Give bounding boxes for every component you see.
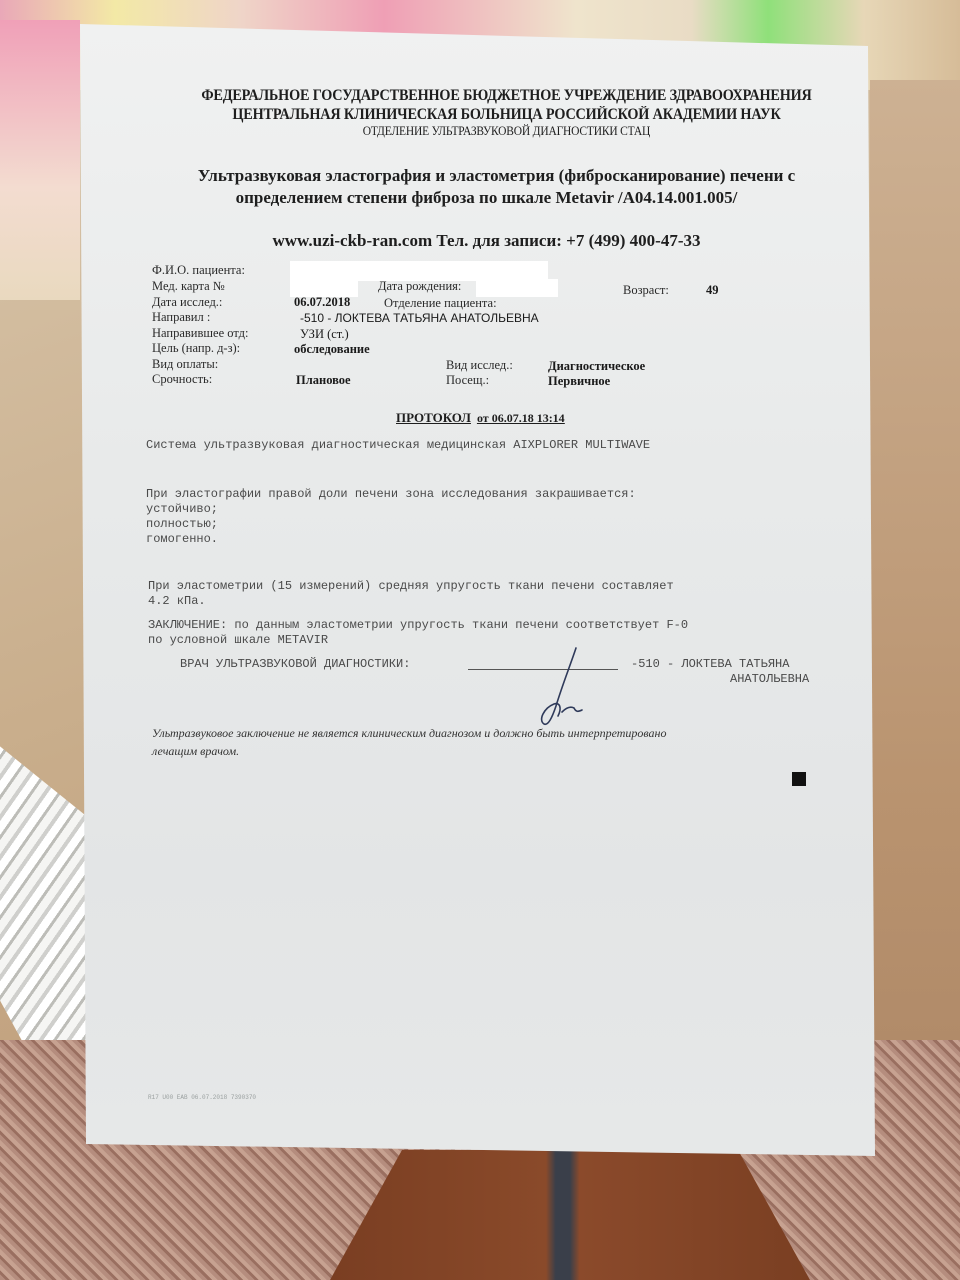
purpose-label: Цель (напр. д-з): bbox=[152, 341, 240, 356]
protocol-date: от 06.07.18 13:14 bbox=[477, 411, 565, 425]
disclaimer-line-1: Ультразвуковое заключение не является кл… bbox=[152, 724, 667, 742]
doctor-name-line-1: -510 - ЛОКТЕВА ТАТЬЯНА bbox=[631, 657, 789, 673]
exam-type-value: Диагностическое bbox=[548, 359, 645, 374]
redacted-patient-name bbox=[290, 261, 548, 281]
referring-dept-value: УЗИ (ст.) bbox=[300, 327, 349, 342]
purpose-value: обследование bbox=[294, 342, 370, 357]
patient-name-label: Ф.И.О. пациента: bbox=[152, 263, 245, 278]
birth-date-label: Дата рождения: bbox=[378, 279, 461, 294]
exam-date-value: 06.07.2018 bbox=[294, 295, 350, 310]
elastometry-result-line-2: 4.2 кПа. bbox=[148, 594, 206, 610]
med-card-label: Мед. карта № bbox=[152, 279, 225, 294]
patient-dept-label: Отделение пациента: bbox=[384, 296, 497, 311]
exam-type-label: Вид исслед.: bbox=[446, 358, 513, 373]
referred-by-label: Направил : bbox=[152, 310, 210, 325]
medical-report-page: ФЕДЕРАЛЬНОЕ ГОСУДАРСТВЕННОЕ БЮДЖЕТНОЕ УЧ… bbox=[78, 24, 875, 1156]
payment-label: Вид оплаты: bbox=[152, 357, 218, 372]
referring-dept-label: Направившее отд: bbox=[152, 326, 248, 341]
ultrasound-system: Система ультразвуковая диагностическая м… bbox=[146, 438, 650, 454]
elastography-item: гомогенно. bbox=[146, 532, 218, 548]
conclusion-line-2: по условной шкале METAVIR bbox=[148, 633, 328, 649]
protocol-title: ПРОТОКОЛ bbox=[396, 410, 471, 425]
contact-line: www.uzi-ckb-ran.com Тел. для записи: +7 … bbox=[88, 231, 885, 251]
footer-print-code: R17 U00 EAB 06.07.2018 7390370 bbox=[148, 1094, 256, 1101]
disclaimer-line-2: лечащим врачом. bbox=[152, 742, 239, 760]
doctor-label: ВРАЧ УЛЬТРАЗВУКОВОЙ ДИАГНОСТИКИ: bbox=[180, 657, 410, 673]
redacted-birth-date bbox=[476, 279, 558, 297]
conclusion-line-1: ЗАКЛЮЧЕНИЕ: по данным эластометрии упруг… bbox=[148, 618, 688, 634]
referred-by-value: -510 - ЛОКТЕВА ТАТЬЯНА АНАТОЛЬЕВНА bbox=[300, 311, 539, 325]
doctor-name-line-2: АНАТОЛЬЕВНА bbox=[730, 672, 809, 688]
photographer-leg bbox=[330, 1150, 810, 1280]
institution-line-2: ЦЕНТРАЛЬНАЯ КЛИНИЧЕСКАЯ БОЛЬНИЦА РОССИЙС… bbox=[140, 106, 873, 124]
age-value: 49 bbox=[706, 283, 719, 298]
institution-line-1: ФЕДЕРАЛЬНОЕ ГОСУДАРСТВЕННОЕ БЮДЖЕТНОЕ УЧ… bbox=[140, 87, 873, 105]
protocol-heading: ПРОТОКОЛот 06.07.18 13:14 bbox=[396, 410, 565, 426]
visit-label: Посещ.: bbox=[446, 373, 489, 388]
elastometry-result-line-1: При эластометрии (15 измерений) средняя … bbox=[148, 579, 674, 595]
age-label: Возраст: bbox=[623, 283, 669, 298]
urgency-label: Срочность: bbox=[152, 372, 212, 387]
urgency-value: Плановое bbox=[296, 373, 351, 388]
pink-fabric bbox=[0, 20, 80, 300]
doctor-signature bbox=[518, 646, 598, 736]
visit-value: Первичное bbox=[548, 374, 610, 389]
elastography-intro: При эластографии правой доли печени зона… bbox=[146, 487, 636, 503]
department-line: ОТДЕЛЕНИЕ УЛЬТРАЗВУКОВОЙ ДИАГНОСТИКИ СТА… bbox=[140, 124, 873, 139]
report-title-line-2: определением степени фиброза по шкале Me… bbox=[88, 188, 885, 208]
registration-marker bbox=[792, 772, 806, 786]
report-title-line-1: Ультразвуковая эластография и эластометр… bbox=[98, 166, 895, 186]
exam-date-label: Дата исслед.: bbox=[152, 295, 222, 310]
elastography-item: полностью; bbox=[146, 517, 218, 533]
elastography-item: устойчиво; bbox=[146, 502, 218, 518]
